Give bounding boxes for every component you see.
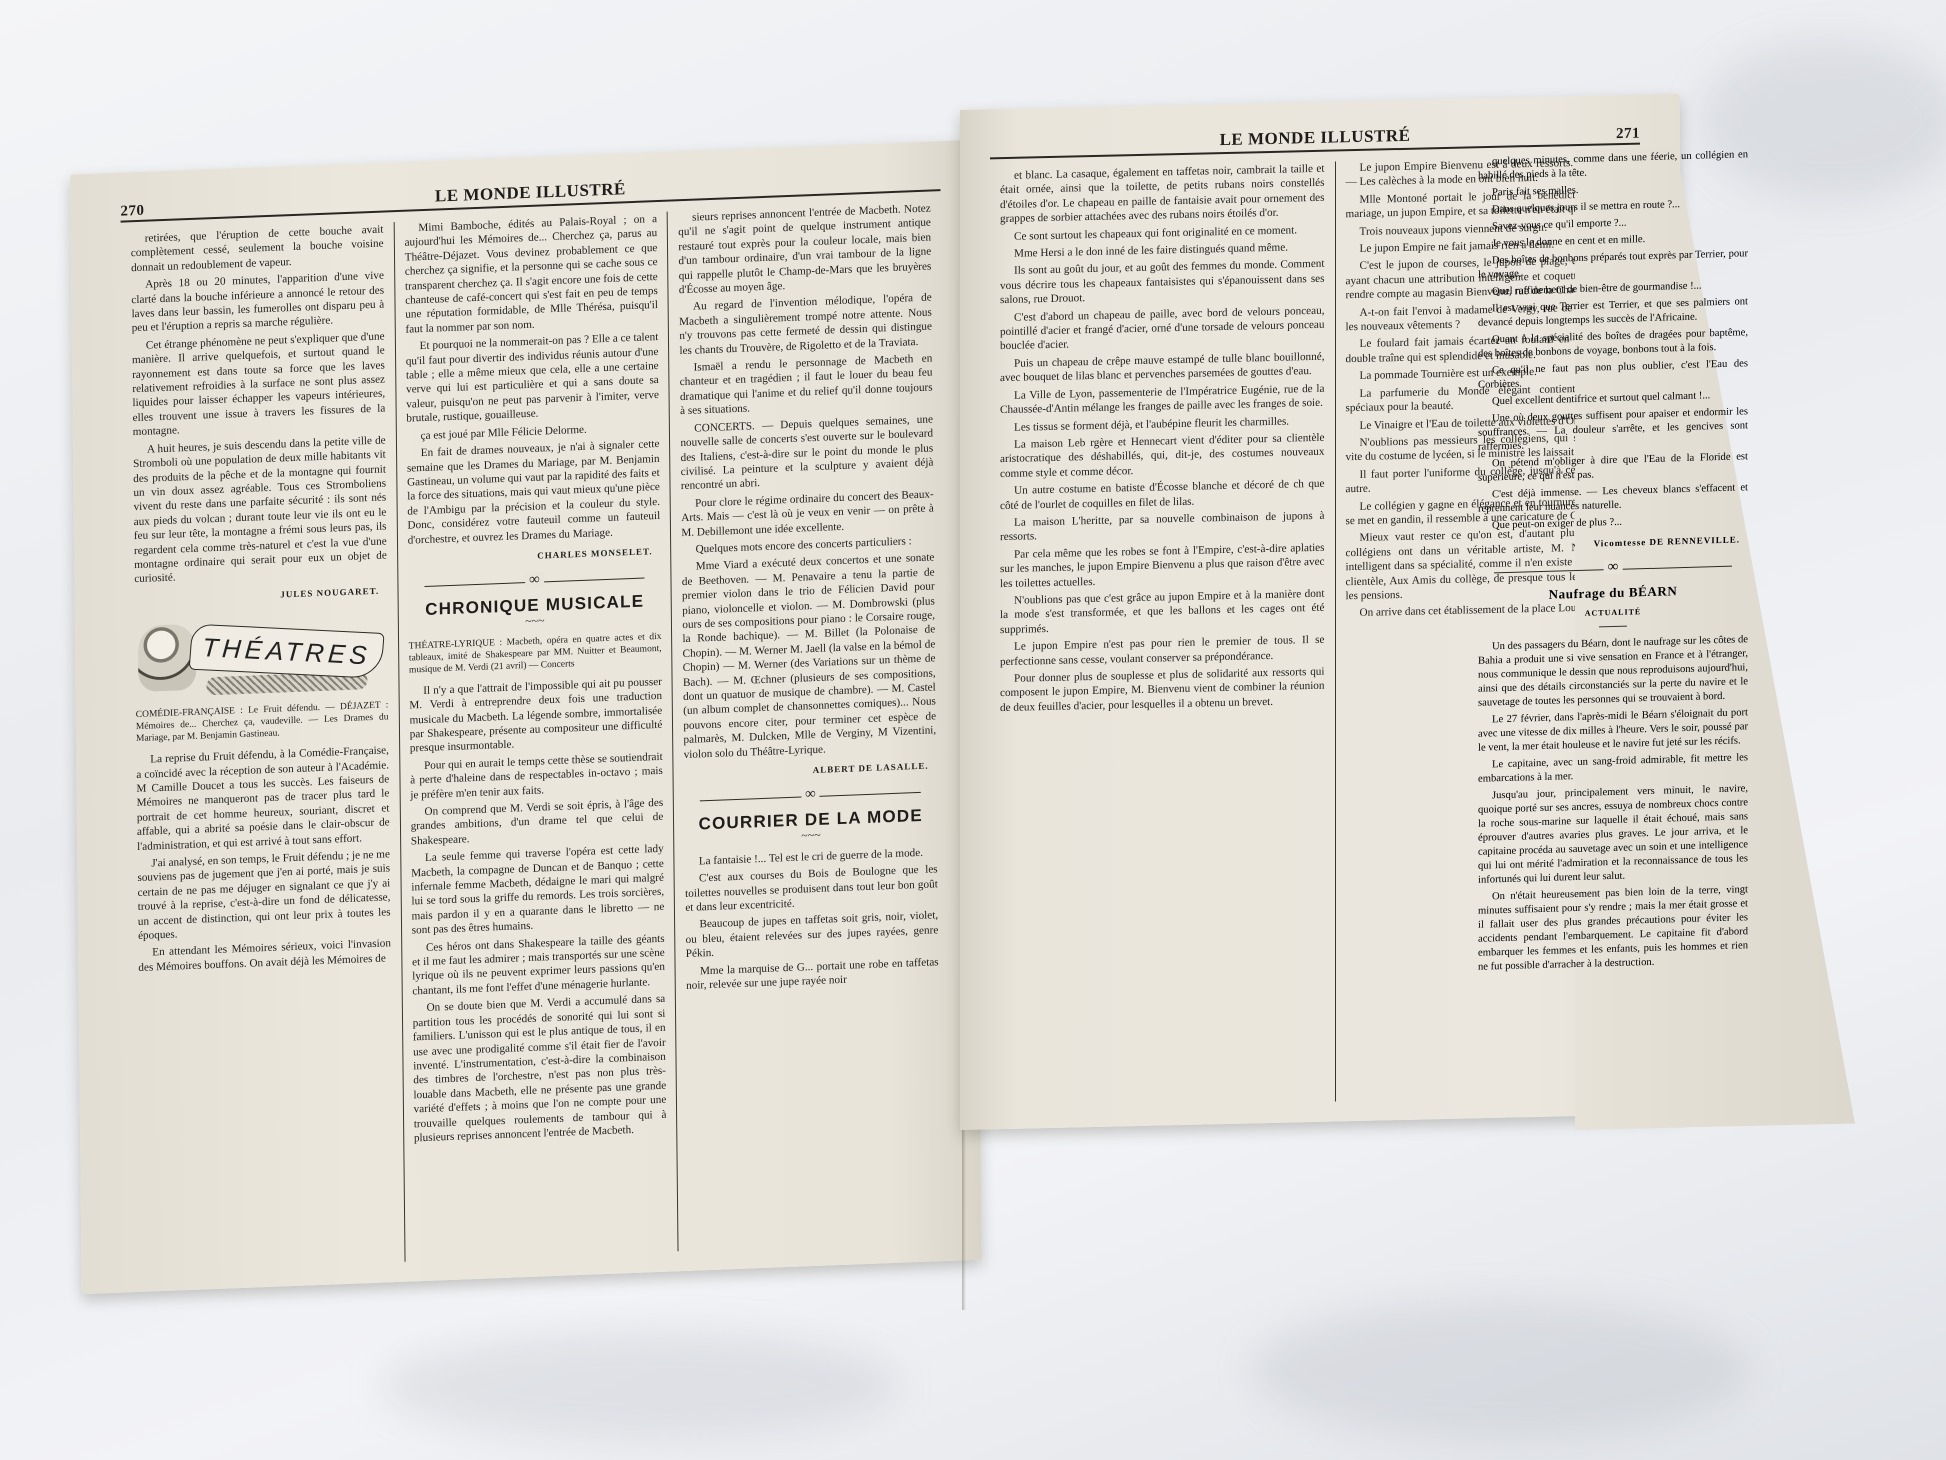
paragraph: C'est aux courses du Bois de Boulogne qu… — [685, 863, 938, 916]
paragraph: Pour qui en aurait le temps cette thèse … — [410, 750, 663, 803]
author-signature: Vicomtesse DE RENNEVILLE. — [1478, 532, 1740, 553]
paragraph: N'oublions pas que c'est grâce au jupon … — [1000, 587, 1325, 638]
right-column-1: et blanc. La casaque, également en taffe… — [990, 161, 1336, 1109]
section-lead: COMÉDIE-FRANÇAISE : Le Fruit défendu. — … — [136, 700, 389, 746]
theatres-banner: THÉATRES — [135, 608, 389, 702]
paragraph: Après 18 ou 20 minutes, l'apparition d'u… — [131, 269, 384, 336]
paragraph: En fait de drames nouveaux, je n'ai à si… — [407, 437, 661, 548]
paragraph: Beaucoup de jupes en taffetas soit gris,… — [685, 909, 938, 962]
paragraph: Au regard de l'invention mélodique, l'op… — [679, 291, 932, 358]
cloth-fold-shadow — [1250, 1300, 1750, 1440]
paragraph: Ils sont au goût du jour, et au goût des… — [1000, 257, 1325, 308]
paragraph: La Ville de Lyon, passementerie de l'Imp… — [1000, 381, 1325, 417]
ornament-divider-icon — [1494, 561, 1732, 578]
paragraph: C'est déjà immense. — Les cheveux blancs… — [1478, 481, 1748, 517]
left-columns: retirées, que l'éruption de cette bouche… — [121, 201, 952, 1272]
paragraph: En attendant les Mémoires sérieux, voici… — [138, 937, 391, 976]
paragraph: Ces héros ont dans Shakespeare la taille… — [412, 931, 665, 998]
publication-title: LE MONDE ILLUSTRÉ — [1220, 126, 1411, 150]
paragraph: Des boîtes de bonbons préparés tout expr… — [1478, 247, 1748, 283]
paragraph: Ismaël a rendu le personnage de Macbeth … — [680, 352, 933, 419]
paragraph: J'ai analysé, en son temps, le Fruit déf… — [137, 847, 391, 943]
paragraph: Ce qu'il ne faut pas non plus oublier, c… — [1478, 357, 1748, 393]
paragraph: A huit heures, je suis descendu dans la … — [133, 433, 387, 587]
paragraph: Il est vrai que Terrier est Terrier, et … — [1478, 295, 1748, 331]
paragraph: On n'était heureusement pas bien loin de… — [1478, 883, 1748, 975]
right-column-3: quelques minutes, comme dans une féerie,… — [1470, 150, 1756, 984]
short-rule-divider — [1599, 626, 1627, 628]
author-signature: JULES NOUGARET. — [134, 583, 379, 607]
paragraph: Le capitaine, avec un sang-froid admirab… — [1478, 751, 1748, 787]
paragraph: Par cela même que les robes se font à l'… — [1000, 540, 1325, 591]
paragraph: Un des passagers du Béarn, dont le naufr… — [1478, 633, 1748, 711]
publication-title: LE MONDE ILLUSTRÉ — [435, 179, 626, 206]
paragraph: On comprend que M. Verdi se soit épris, … — [410, 796, 663, 849]
section-subtitle-actualite: ACTUALITÉ — [1478, 602, 1748, 624]
paragraph: Mimi Bamboche, édités au Palais-Royal ; … — [404, 212, 658, 337]
right-column-3-wrapper: quelques minutes, comme dans une féerie,… — [1470, 150, 1770, 1110]
paragraph: Quant à la spécialité des boîtes de drag… — [1478, 326, 1748, 362]
paragraph: CONCERTS. — Depuis quelques semaines, un… — [680, 412, 933, 494]
paragraph: retirées, que l'éruption de cette bouche… — [131, 223, 384, 276]
paragraph: C'est d'abord un chapeau de paille, avec… — [1000, 303, 1325, 354]
paragraph: La maison L'heritte, par sa nouvelle com… — [1000, 509, 1325, 545]
paragraph: Un autre costume en batiste d'Écosse bla… — [1000, 477, 1325, 513]
ornament-divider-icon — [424, 573, 645, 591]
left-column-3: sieurs reprises annoncent l'entrée de Ma… — [668, 201, 952, 1251]
paragraph: Le 27 février, dans l'après-midi le Béar… — [1478, 706, 1748, 756]
theatres-ribbon: THÉATRES — [189, 624, 385, 679]
paragraph: Le jupon Empire n'est pas pour rien le p… — [1000, 633, 1325, 669]
left-page: 270 LE MONDE ILLUSTRÉ retirées, que l'ér… — [70, 140, 982, 1294]
paragraph: Cet étrange phénomène ne peut s'explique… — [132, 329, 386, 440]
paragraph: La maison Leb rgère et Hennecart vient d… — [1000, 431, 1325, 482]
cloth-fold-shadow — [380, 1330, 900, 1440]
paragraph: et blanc. La casaque, également en taffe… — [1000, 162, 1325, 227]
paragraph: Mme la marquise de G... portait une robe… — [686, 955, 939, 994]
paragraph: Une où deux gouttes suffisent pour apais… — [1478, 405, 1748, 455]
ornament-divider-icon — [700, 787, 921, 805]
paragraph: On pétend m'obliger à dire que l'Eau de … — [1478, 450, 1748, 486]
left-column-1: retirées, que l'éruption de cette bouche… — [121, 222, 406, 1272]
paragraph: Puis un chapeau de crêpe mauve estampé d… — [1000, 350, 1325, 386]
paragraph: Pour clore le régime ordinaire du concer… — [681, 487, 934, 540]
author-signature: CHARLES MONSELET. — [408, 544, 653, 568]
paragraph: Mme Viard a exécuté deux concertos et un… — [682, 551, 937, 762]
paragraph: La reprise du Fruit défendu, à la Comédi… — [136, 744, 390, 855]
paragraph: Et pourquoi ne la nommerait-on pas ? Ell… — [406, 330, 660, 426]
paragraph: sieurs reprises annoncent l'entrée de Ma… — [678, 202, 932, 298]
paragraph: Pour donner plus de souplesse et plus de… — [1000, 665, 1325, 716]
paragraph: Jusqu'au jour, principalement vers minui… — [1478, 782, 1748, 888]
paragraph: Il n'y a que l'attrait de l'impossible q… — [409, 675, 662, 757]
author-signature: ALBERT DE LASALLE. — [684, 759, 929, 783]
left-page-number: 270 — [120, 203, 144, 221]
left-column-2: Mimi Bamboche, édités au Palais-Royal ; … — [394, 212, 679, 1262]
paragraph: On se doute bien que M. Verdi a accumulé… — [413, 992, 667, 1146]
section-lead: THÉATRE-LYRIQUE : Macbeth, opéra en quat… — [409, 631, 662, 677]
right-page-number: 271 — [1616, 126, 1640, 144]
section-title-naufrage-du-bearn: Naufrage du BÉARN — [1478, 582, 1748, 604]
paragraph: quelques minutes, comme dans une féerie,… — [1478, 150, 1748, 184]
cherub-illustration-icon — [138, 624, 197, 692]
paragraph: La seule femme qui traverse l'opéra est … — [411, 842, 665, 938]
